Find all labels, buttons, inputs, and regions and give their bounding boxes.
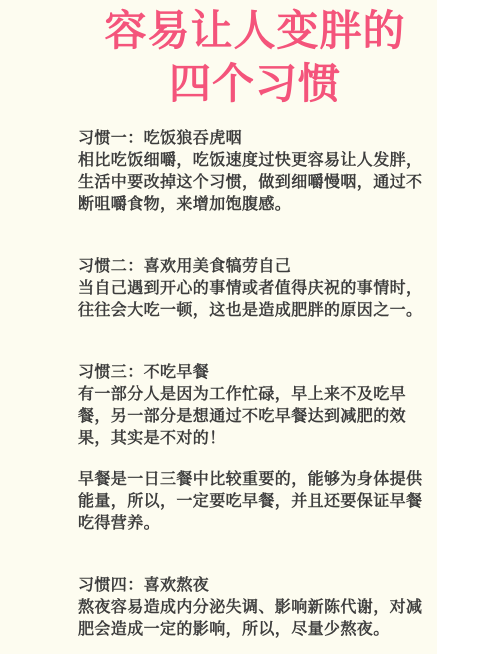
poster-background: 容易让人变胖的 四个习惯 习惯一：吃饭狼吞虎咽 相比吃饭细嚼，吃饭速度过快更容易… <box>0 0 437 654</box>
habit-list: 习惯一：吃饭狼吞虎咽 相比吃饭细嚼，吃饭速度过快更容易让人发胖，生活中要改掉这个… <box>78 128 426 641</box>
habit-section-1: 习惯一：吃饭狼吞虎咽 相比吃饭细嚼，吃饭速度过快更容易让人发胖，生活中要改掉这个… <box>78 128 426 216</box>
habit-2-paragraph: 当自己遇到开心的事情或者值得庆祝的事情时，往往会大吃一顿，这也是造成肥胖的原因之… <box>78 278 426 322</box>
habit-3-paragraph-1: 有一部分人是因为工作忙碌，早上来不及吃早餐，另一部分是想通过不吃早餐达到减肥的效… <box>78 384 426 450</box>
title-line-1: 容易让人变胖的 <box>10 4 500 57</box>
habit-4-paragraph: 熬夜容易造成内分泌失调、影响新陈代谢，对减肥会造成一定的影响，所以，尽量少熬夜。 <box>78 597 426 641</box>
title-line-2: 四个习惯 <box>10 57 500 110</box>
habit-1-paragraph: 相比吃饭细嚼，吃饭速度过快更容易让人发胖，生活中要改掉这个习惯，做到细嚼慢咽，通… <box>78 150 426 216</box>
habit-4-heading: 习惯四：喜欢熬夜 <box>78 575 426 597</box>
habit-section-4: 习惯四：喜欢熬夜 熬夜容易造成内分泌失调、影响新陈代谢，对减肥会造成一定的影响，… <box>78 575 426 641</box>
habit-1-heading: 习惯一：吃饭狼吞虎咽 <box>78 128 426 150</box>
habit-section-2: 习惯二：喜欢用美食犒劳自己 当自己遇到开心的事情或者值得庆祝的事情时，往往会大吃… <box>78 256 426 322</box>
habit-section-3: 习惯三：不吃早餐 有一部分人是因为工作忙碌，早上来不及吃早餐，另一部分是想通过不… <box>78 362 426 535</box>
habit-3-heading: 习惯三：不吃早餐 <box>78 362 426 384</box>
poster-image: 容易让人变胖的 四个习惯 习惯一：吃饭狼吞虎咽 相比吃饭细嚼，吃饭速度过快更容易… <box>0 0 500 654</box>
poster-title: 容易让人变胖的 四个习惯 <box>0 0 500 110</box>
habit-3-paragraph-2: 早餐是一日三餐中比较重要的，能够为身体提供能量，所以，一定要吃早餐，并且还要保证… <box>78 469 426 535</box>
habit-2-heading: 习惯二：喜欢用美食犒劳自己 <box>78 256 426 278</box>
